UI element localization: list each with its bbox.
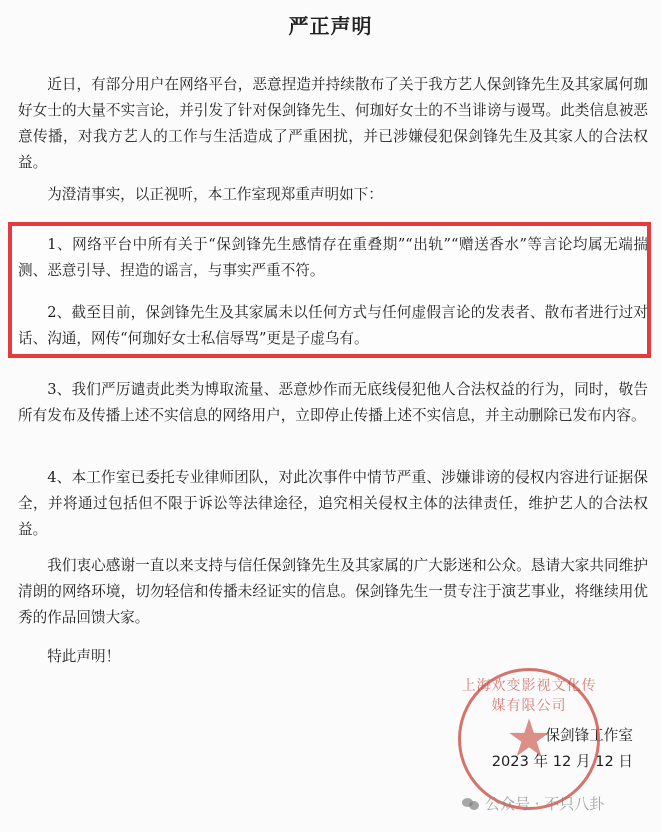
stamp-text: 上海欢变影视文化传媒有限公司	[461, 675, 597, 715]
watermark-text: 公众号 · 不只八卦	[485, 793, 604, 814]
wechat-watermark: 公众号 · 不只八卦	[462, 793, 604, 814]
clarify-paragraph: 为澄清事实，以正视听，本工作室现郑重声明如下：	[18, 182, 648, 208]
closing-line: 特此声明！	[18, 644, 648, 670]
thanks-paragraph: 我们衷心感谢一直以来支持与信任保剑锋先生及其家属的广大影迷和公众。恳请大家共同维…	[18, 553, 648, 631]
signature-block: 保剑锋工作室 2023 年 12 月 12 日	[492, 723, 633, 775]
signature-name: 保剑锋工作室	[492, 723, 633, 749]
statement-document: 严正声明 近日，有部分用户在网络平台，恶意捏造并持续散布了关于我方艺人保剑锋先生…	[0, 0, 661, 832]
intro-paragraph: 近日，有部分用户在网络平台，恶意捏造并持续散布了关于我方艺人保剑锋先生及其家属何…	[18, 72, 648, 176]
statement-item-1: 1、网络平台中所有关于“保剑锋先生感情存在重叠期”“出轨”“赠送香水”等言论均属…	[18, 232, 648, 284]
statement-item-4: 4、本工作室已委托专业律师团队，对此次事件中情节严重、涉嫌诽谤的侵权内容进行证据…	[18, 465, 648, 543]
statement-item-2: 2、截至目前，保剑锋先生及其家属未以任何方式与任何虚假言论的发表者、散布者进行过…	[18, 300, 648, 352]
document-title: 严正声明	[0, 10, 661, 39]
statement-item-3: 3、我们严厉谴责此类为博取流量、恶意炒作而无底线侵犯他人合法权益的行为，同时，敬…	[18, 377, 648, 429]
signature-date: 2023 年 12 月 12 日	[492, 749, 633, 775]
wechat-icon	[462, 797, 480, 811]
